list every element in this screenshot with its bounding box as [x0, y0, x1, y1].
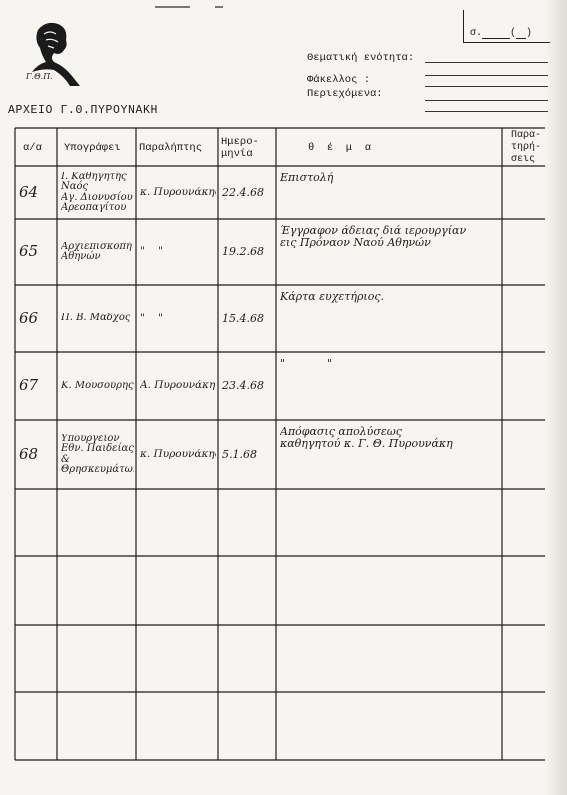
field-line-thematic-unit-2[interactable] [425, 75, 548, 76]
cell-signed: Υπουργείον Εθν. Παιδείας & Θρησκευμάτων [61, 434, 134, 476]
cell-signed: Π. Β. Μαδχος [61, 313, 130, 324]
cell-subject: Επιστολή [280, 172, 333, 184]
field-line-contents-2[interactable] [425, 111, 548, 112]
cell-date: 23.4.68 [222, 380, 264, 392]
archive-title: ΑΡΧΕΙΟ Γ.Θ.ΠΥΡΟΥΝΑΚΗ [8, 104, 158, 117]
register-table-grid [0, 0, 567, 795]
column-header-signed: Υπογράφει [64, 142, 121, 154]
cell-recipient: κ. Πυρουνάκης [140, 187, 216, 198]
cell-date: 22.4.68 [222, 187, 264, 199]
reference-box: σ.() [463, 10, 550, 43]
cell-subject: " " [280, 358, 332, 370]
field-line-thematic-unit[interactable] [425, 62, 548, 63]
cell-subject: Έγγραφον άδειας διά ιερουργίαν εις Πρόνα… [280, 225, 466, 248]
cell-aa: 68 [19, 447, 38, 463]
cell-recipient: Α. Πυρουνάκης [140, 380, 216, 391]
cell-recipient: " " [140, 246, 163, 257]
field-line-folder[interactable] [425, 86, 548, 87]
field-label-thematic-unit: Θεματική ενότητα: [307, 52, 414, 64]
cell-aa: 67 [19, 378, 38, 394]
scan-mark [215, 6, 223, 8]
cell-aa: 66 [19, 311, 38, 327]
cell-date: 15.4.68 [222, 313, 264, 325]
cell-signed: Κ. Μουσούρης [61, 381, 134, 392]
cell-recipient: " " [140, 313, 163, 324]
cell-subject: Απόφασις απολύσεως καθηγητού κ. Γ. Θ. Πυ… [280, 426, 453, 449]
cell-signed: Ι. Καθηγητής Ναός Αγ. Διονυσίου Αρεοπαγί… [61, 172, 133, 214]
cell-signed: Αρχιεπισκοπή Αθηνών [61, 242, 132, 263]
field-label-folder: Φάκελλος : [307, 74, 370, 86]
column-header-date: Ημερο- μηνία [221, 136, 259, 160]
reference-sub-field[interactable] [516, 28, 526, 39]
column-header-subject: θ έ μ α [308, 142, 371, 154]
page-edge-shadow [545, 0, 567, 795]
scan-mark [155, 6, 190, 8]
field-label-contents: Περιεχόμενα: [307, 88, 383, 100]
reference-number-field[interactable] [482, 28, 510, 39]
cell-aa: 65 [19, 244, 38, 260]
column-header-remarks: Παρα- τηρή- σεις [511, 130, 541, 166]
cell-recipient: κ. Πυρουνάκης [140, 449, 216, 460]
cell-date: 19.2.68 [222, 246, 264, 258]
field-line-contents[interactable] [425, 100, 548, 101]
reference-paren: ) [526, 28, 532, 39]
column-header-recipient: Παραλήπτης [139, 142, 202, 154]
cell-subject: Κάρτα ευχετήριος. [280, 291, 384, 303]
cell-aa: 64 [19, 185, 38, 201]
column-header-aa: α/α [23, 142, 42, 154]
cell-date: 5.1.68 [222, 449, 257, 461]
logo-signature: Γ.Θ.Π. [26, 72, 53, 81]
reference-prefix: σ. [470, 28, 482, 39]
